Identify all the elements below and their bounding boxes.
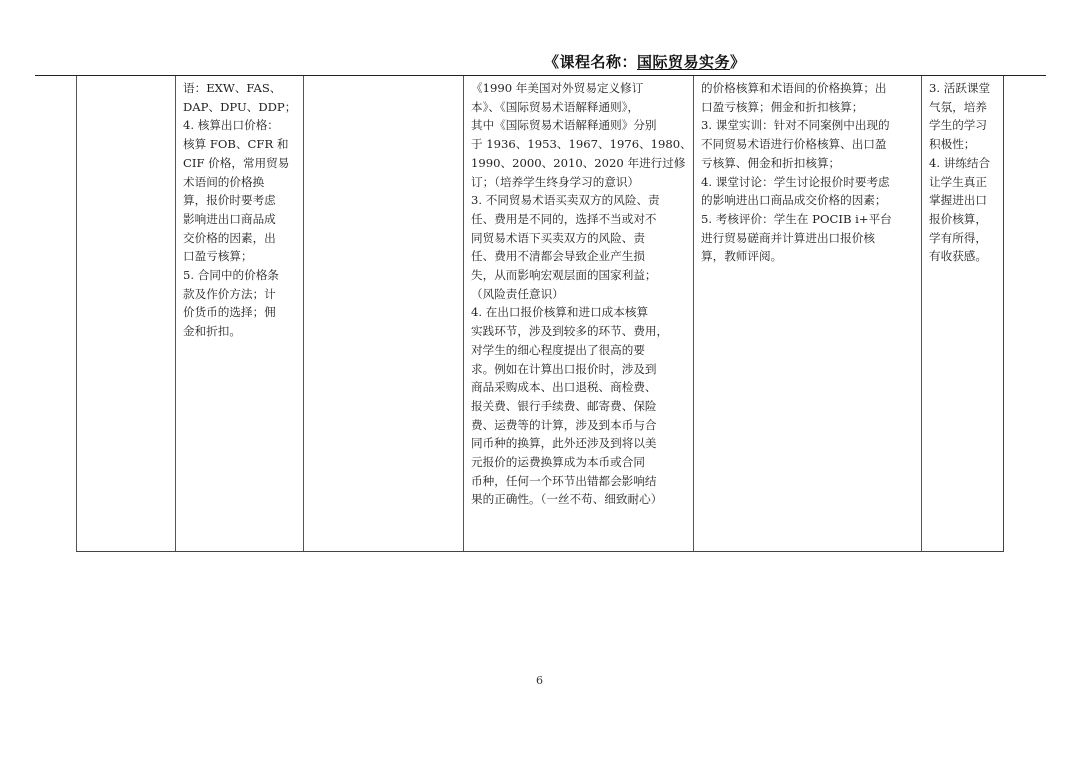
cell-text-line: 实践环节，涉及到较多的环节、费用，	[471, 322, 687, 341]
cell-text-line: 气氛，培养	[929, 98, 997, 117]
cell-text-line: 不同贸易术语进行价格核算、出口盈	[701, 135, 915, 154]
cell-text-line: 价货币的选择；佣	[183, 303, 297, 322]
course-table: 语：EXW、FAS、DAP、DPU、DDP；4. 核算出口价格：核算 FOB、C…	[76, 76, 1004, 552]
cell-text-line: 求。例如在计算出口报价时，涉及到	[471, 360, 687, 379]
cell-text-line: 币种，任何一个环节出错都会影响结	[471, 472, 687, 491]
cell-text-line: 元报价的运费换算成为本币或合同	[471, 453, 687, 472]
cell-text-line: 4. 讲练结合	[929, 154, 997, 173]
cell-text-line: 任、费用是不同的，选择不当或对不	[471, 210, 687, 229]
table-cell-col3	[303, 76, 463, 551]
cell-text-line: 积极性；	[929, 135, 997, 154]
cell-text-line: 交价格的因素，出	[183, 229, 297, 248]
cell-text-line: 金和折扣。	[183, 322, 297, 341]
cell-text-line: 的价格核算和术语间的价格换算；出	[701, 79, 915, 98]
cell-text-line: 费、运费等的计算，涉及到本币与合	[471, 416, 687, 435]
table-cell-col1	[76, 76, 175, 551]
cell-text-line: 3. 不同贸易术语买卖双方的风险、责	[471, 191, 687, 210]
table-cell-teaching-methods: 的价格核算和术语间的价格换算；出口盈亏核算；佣金和折扣核算；3. 课堂实训：针对…	[693, 76, 921, 551]
cell-text-line: 于 1936、1953、1967、1976、1980、	[471, 135, 687, 154]
cell-text-line: 算，报价时要考虑	[183, 191, 297, 210]
cell-text-line: 款及作价方法；计	[183, 285, 297, 304]
cell-text-line: 算，教师评阅。	[701, 247, 915, 266]
cell-text-line: 本》、《国际贸易术语解释通则》，	[471, 98, 687, 117]
cell-text-line: 核算 FOB、CFR 和	[183, 135, 297, 154]
cell-text-line: 同币种的换算，此外还涉及到将以美	[471, 434, 687, 453]
page-number: 6	[536, 674, 543, 687]
course-name: 国际贸易实务	[637, 53, 730, 71]
cell-text-line: 让学生真正	[929, 173, 997, 192]
cell-text-line: 4. 课堂讨论：学生讨论报价时要考虑	[701, 173, 915, 192]
cell-text-line: 任、费用不清都会导致企业产生损	[471, 247, 687, 266]
cell-text-line: 术语间的价格换	[183, 173, 297, 192]
cell-text-line: 对学生的细心程度提出了很高的要	[471, 341, 687, 360]
course-title: 《课程名称：国际贸易实务》	[544, 51, 746, 72]
table-cell-teaching-effects: 3. 活跃课堂气氛，培养学生的学习积极性；4. 讲练结合让学生真正掌握进出口报价…	[921, 76, 1004, 551]
cell-text-line: 掌握进出口	[929, 191, 997, 210]
cell-text-line: CIF 价格，常用贸易	[183, 154, 297, 173]
cell-text-line: （风险责任意识）	[471, 285, 687, 304]
cell-text-line: 3. 活跃课堂	[929, 79, 997, 98]
cell-text-line: 学有所得，	[929, 229, 997, 248]
cell-text-line: 同贸易术语下买卖双方的风险、责	[471, 229, 687, 248]
cell-text-line: 口盈亏核算；佣金和折扣核算；	[701, 98, 915, 117]
table-cell-ideological-elements: 《1990 年美国对外贸易定义修订本》、《国际贸易术语解释通则》，其中《国际贸易…	[463, 76, 693, 551]
cell-text-line: 4. 在出口报价核算和进口成本核算	[471, 303, 687, 322]
cell-text-line: 订；（培养学生终身学习的意识）	[471, 173, 687, 192]
cell-text-line: 影响进出口商品成	[183, 210, 297, 229]
cell-text-line: 5. 考核评价：学生在 POCIB i+平台	[701, 210, 915, 229]
cell-text-line: 5. 合同中的价格条	[183, 266, 297, 285]
cell-text-line: 3. 课堂实训：针对不同案例中出现的	[701, 116, 915, 135]
cell-text-line: DAP、DPU、DDP；	[183, 98, 297, 117]
cell-text-line: 4. 核算出口价格：	[183, 116, 297, 135]
cell-text-line: 的影响进出口商品成交价格的因素；	[701, 191, 915, 210]
cell-text-line: 果的正确性。（一丝不苟、细致耐心）	[471, 490, 687, 509]
cell-text-line: 《1990 年美国对外贸易定义修订	[471, 79, 687, 98]
cell-text-line: 失，从而影响宏观层面的国家利益；	[471, 266, 687, 285]
cell-text-line: 口盈亏核算；	[183, 247, 297, 266]
table-cell-knowledge-points: 语：EXW、FAS、DAP、DPU、DDP；4. 核算出口价格：核算 FOB、C…	[175, 76, 303, 551]
cell-text-line: 报关费、银行手续费、邮寄费、保险	[471, 397, 687, 416]
cell-text-line: 其中《国际贸易术语解释通则》分别	[471, 116, 687, 135]
cell-text-line: 进行贸易磋商并计算进出口报价核	[701, 229, 915, 248]
cell-text-line: 报价核算，	[929, 210, 997, 229]
course-title-suffix: 》	[730, 53, 746, 71]
cell-text-line: 亏核算、佣金和折扣核算；	[701, 154, 915, 173]
cell-text-line: 有收获感。	[929, 247, 997, 266]
cell-text-line: 语：EXW、FAS、	[183, 79, 297, 98]
cell-text-line: 商品采购成本、出口退税、商检费、	[471, 378, 687, 397]
cell-text-line: 1990、2000、2010、2020 年进行过修	[471, 154, 687, 173]
cell-text-line: 学生的学习	[929, 116, 997, 135]
course-title-prefix: 《课程名称：	[544, 53, 637, 71]
